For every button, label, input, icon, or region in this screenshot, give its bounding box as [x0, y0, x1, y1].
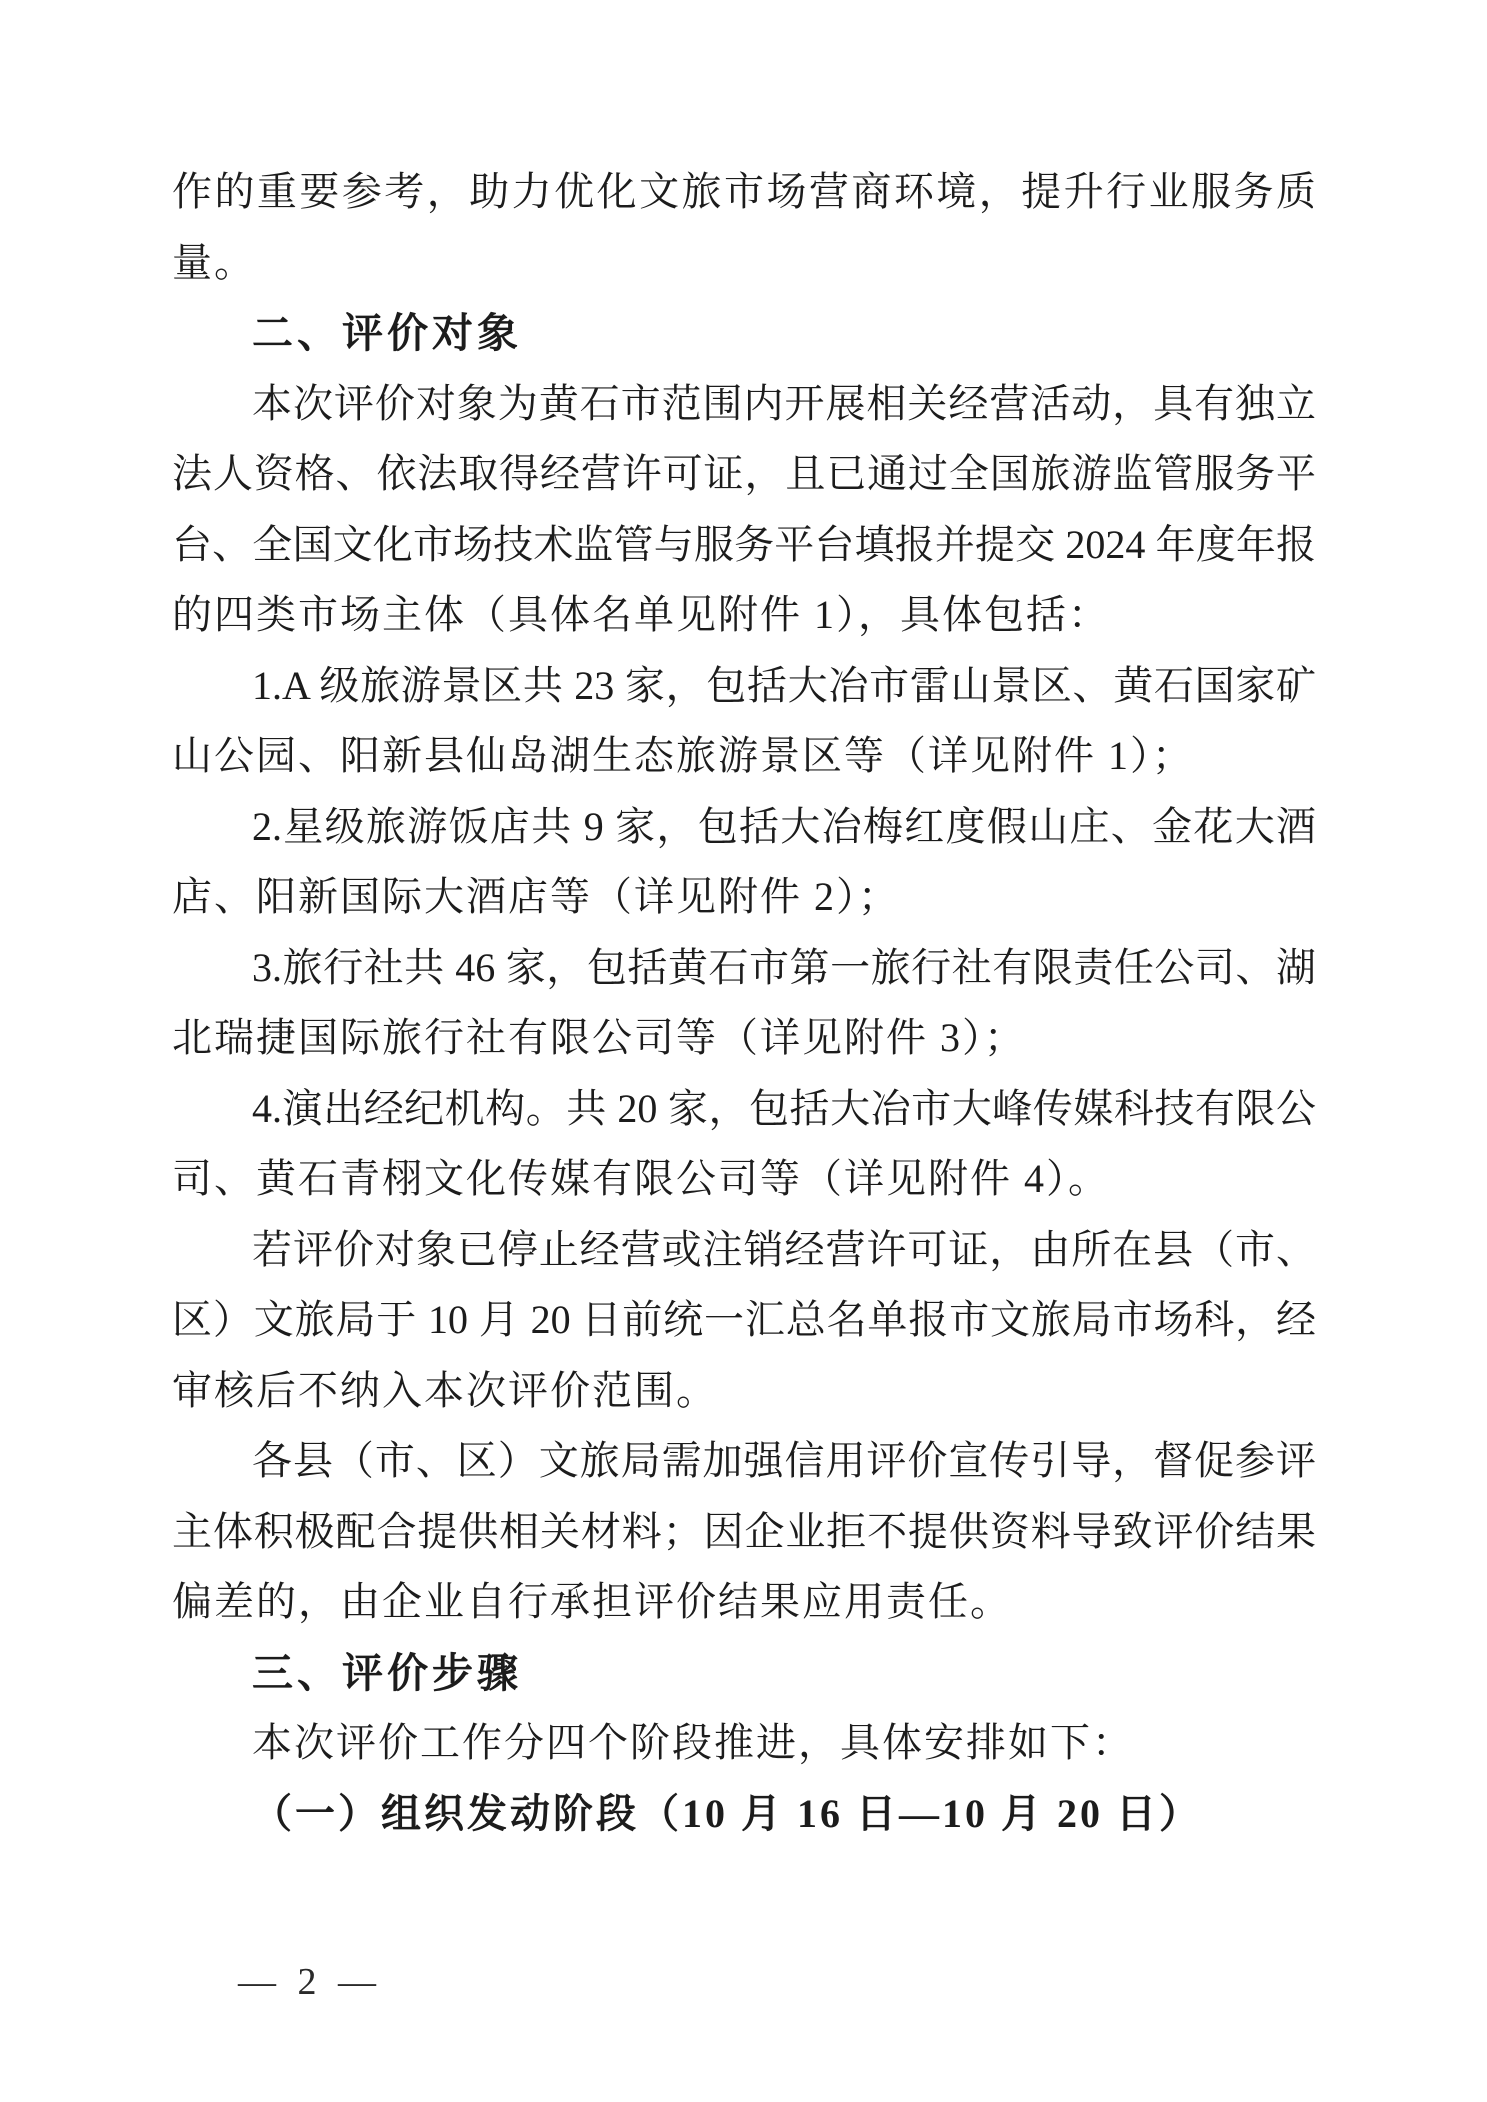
body-line: 本次评价对象为黄石市范围内开展相关经营活动，具有独立: [172, 369, 1316, 440]
list-item-3-line: 3.旅行社共 46 家，包括黄石市第一旅行社有限责任公司、湖: [172, 933, 1316, 1004]
body-line: 量。: [172, 228, 1316, 299]
section-heading-3: 三、评价步骤: [172, 1638, 1316, 1709]
document-page: 作的重要参考，助力优化文旅市场营商环境，提升行业服务质 量。 二、评价对象 本次…: [0, 0, 1487, 2102]
list-item-1-line: 1.A 级旅游景区共 23 家，包括大冶市雷山景区、黄石国家矿: [172, 651, 1316, 722]
body-line: 法人资格、依法取得经营许可证，且已通过全国旅游监管服务平: [172, 439, 1316, 510]
body-line: 的四类市场主体（具体名单见附件 1），具体包括：: [172, 580, 1316, 651]
list-item-3-line: 北瑞捷国际旅行社有限公司等（详见附件 3）；: [172, 1003, 1316, 1074]
body-line: 台、全国文化市场技术监管与服务平台填报并提交 2024 年度年报: [172, 510, 1316, 581]
body-line: 区）文旅局于 10 月 20 日前统一汇总名单报市文旅局市场科，经: [172, 1285, 1316, 1356]
body-line: 本次评价工作分四个阶段推进，具体安排如下：: [172, 1708, 1316, 1779]
body-line: 若评价对象已停止经营或注销经营许可证，由所在县（市、: [172, 1215, 1316, 1286]
list-item-4-line: 司、黄石青栩文化传媒有限公司等（详见附件 4）。: [172, 1144, 1316, 1215]
list-item-2-line: 2.星级旅游饭店共 9 家，包括大冶梅红度假山庄、金花大酒: [172, 792, 1316, 863]
document-body: 作的重要参考，助力优化文旅市场营商环境，提升行业服务质 量。 二、评价对象 本次…: [172, 157, 1316, 1849]
list-item-2-line: 店、阳新国际大酒店等（详见附件 2）；: [172, 862, 1316, 933]
list-item-1-line: 山公园、阳新县仙岛湖生态旅游景区等（详见附件 1）；: [172, 721, 1316, 792]
page-number: — 2 —: [238, 1952, 382, 2012]
body-line: 各县（市、区）文旅局需加强信用评价宣传引导，督促参评: [172, 1426, 1316, 1497]
section-heading-2: 二、评价对象: [172, 298, 1316, 369]
body-line: 主体积极配合提供相关材料；因企业拒不提供资料导致评价结果: [172, 1497, 1316, 1568]
body-line: 作的重要参考，助力优化文旅市场营商环境，提升行业服务质: [172, 157, 1316, 228]
body-line: 偏差的，由企业自行承担评价结果应用责任。: [172, 1567, 1316, 1638]
list-item-4-line: 4.演出经纪机构。共 20 家，包括大冶市大峰传媒科技有限公: [172, 1074, 1316, 1145]
body-line: 审核后不纳入本次评价范围。: [172, 1356, 1316, 1427]
stage-subheading: （一）组织发动阶段（10 月 16 日—10 月 20 日）: [172, 1779, 1316, 1850]
